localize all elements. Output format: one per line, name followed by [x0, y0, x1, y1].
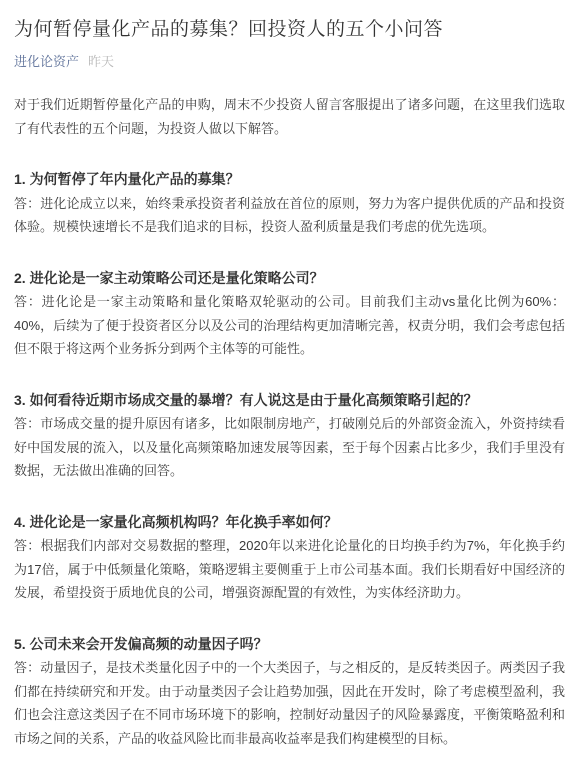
- answer-paragraph-2: 答：进化论是一家主动策略和量化策略双轮驱动的公司。目前我们主动vs量化比例为60…: [14, 290, 565, 361]
- question-heading-3: 3. 如何看待近期市场成交量的暴增？有人说这是由于量化高频策略引起的？: [14, 389, 565, 413]
- answer-paragraph-4: 答：根据我们内部对交易数据的整理，2020年以来进化论量化的日均换手约为7%，年…: [14, 534, 565, 605]
- question-heading-2: 2. 进化论是一家主动策略公司还是量化策略公司？: [14, 267, 565, 291]
- question-heading-1: 1. 为何暂停了年内量化产品的募集？: [14, 168, 565, 192]
- qa-block-3: 3. 如何看待近期市场成交量的暴增？有人说这是由于量化高频策略引起的？ 答：市场…: [14, 389, 565, 483]
- article-meta: 进化论资产 昨天: [14, 53, 565, 71]
- qa-block-1: 1. 为何暂停了年内量化产品的募集？ 答：进化论成立以来，始终秉承投资者利益放在…: [14, 168, 565, 239]
- article-title: 为何暂停量化产品的募集？回投资人的五个小问答: [14, 16, 565, 43]
- answer-paragraph-1: 答：进化论成立以来，始终秉承投资者利益放在首位的原则，努力为客户提供优质的产品和…: [14, 192, 565, 239]
- publish-time: 昨天: [88, 53, 114, 71]
- account-name-link[interactable]: 进化论资产: [14, 53, 79, 71]
- question-heading-4: 4. 进化论是一家量化高频机构吗？年化换手率如何？: [14, 511, 565, 535]
- qa-block-4: 4. 进化论是一家量化高频机构吗？年化换手率如何？ 答：根据我们内部对交易数据的…: [14, 511, 565, 605]
- answer-paragraph-5: 答：动量因子，是技术类量化因子中的一个大类因子，与之相反的，是反转类因子。两类因…: [14, 656, 565, 750]
- answer-paragraph-3: 答：市场成交量的提升原因有诸多，比如限制房地产，打破刚兑后的外部资金流入，外资持…: [14, 412, 565, 483]
- intro-paragraph: 对于我们近期暂停量化产品的申购，周末不少投资人留言客服提出了诸多问题，在这里我们…: [14, 93, 565, 140]
- article-page: 为何暂停量化产品的募集？回投资人的五个小问答 进化论资产 昨天 对于我们近期暂停…: [0, 0, 579, 758]
- qa-block-2: 2. 进化论是一家主动策略公司还是量化策略公司？ 答：进化论是一家主动策略和量化…: [14, 267, 565, 361]
- question-heading-5: 5. 公司未来会开发偏高频的动量因子吗？: [14, 633, 565, 657]
- qa-block-5: 5. 公司未来会开发偏高频的动量因子吗？ 答：动量因子，是技术类量化因子中的一个…: [14, 633, 565, 751]
